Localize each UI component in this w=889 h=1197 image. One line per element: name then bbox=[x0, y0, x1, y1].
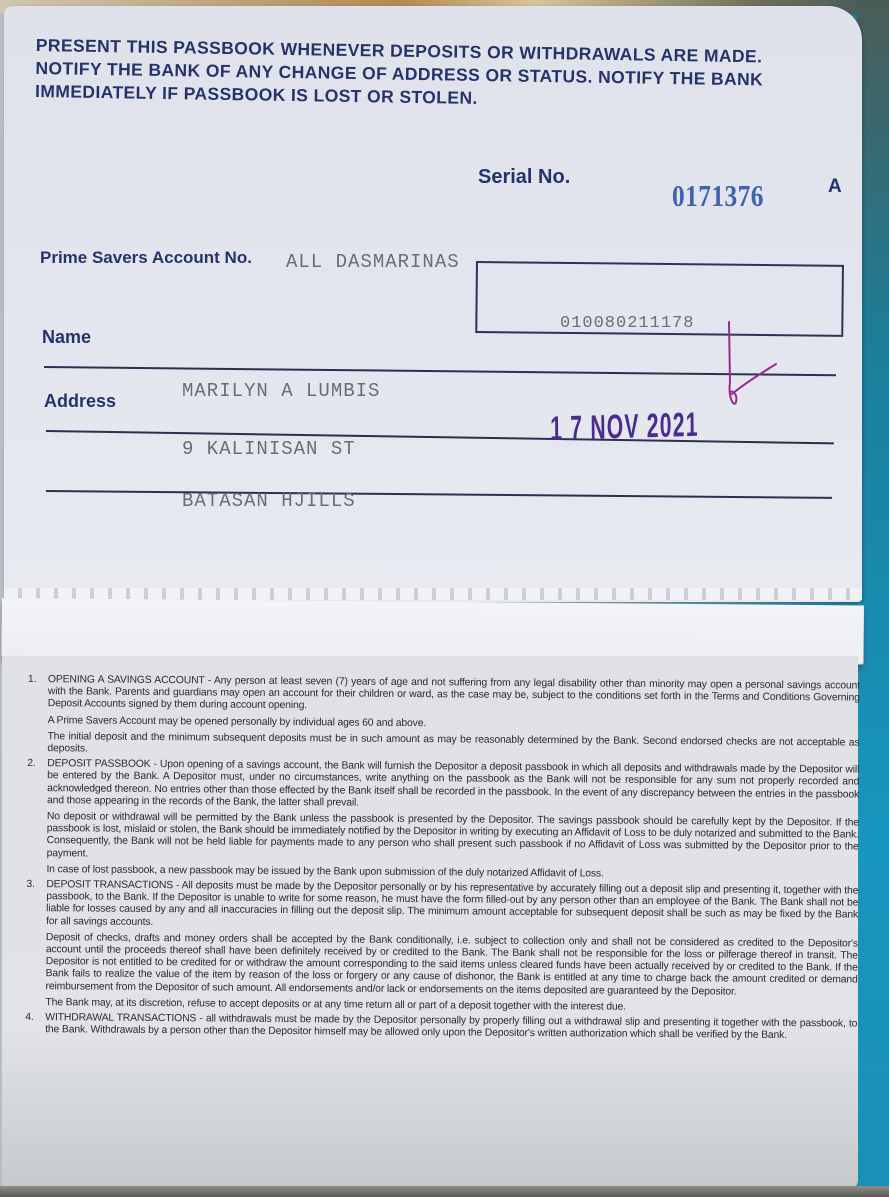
term-paragraph: OPENING A SAVINGS ACCOUNT - Any person a… bbox=[48, 674, 860, 717]
serial-number: 0171376 bbox=[672, 178, 764, 214]
folded-page-strip bbox=[1, 598, 863, 665]
name-label: Name bbox=[42, 327, 91, 348]
term-paragraph: No deposit or withdrawal will be permitt… bbox=[47, 811, 859, 866]
initials-signature-icon bbox=[720, 320, 780, 420]
address-line-1: 9 KALINISAN ST bbox=[182, 438, 356, 460]
term-paragraph: DEPOSIT PASSBOOK - Upon opening of a sav… bbox=[47, 758, 859, 813]
term-paragraph: Deposit of checks, drafts and money orde… bbox=[45, 932, 857, 999]
notice-text: PRESENT THIS PASSBOOK WHENEVER DEPOSITS … bbox=[35, 34, 856, 116]
terms-and-conditions: 1. OPENING A SAVINGS ACCOUNT - Any perso… bbox=[25, 674, 860, 1046]
term-paragraph: The initial deposit and the minimum subs… bbox=[47, 731, 859, 762]
background-bottom bbox=[0, 1186, 889, 1197]
term-item: 2. DEPOSIT PASSBOOK - Upon opening of a … bbox=[26, 758, 859, 882]
term-number: 1. bbox=[27, 674, 48, 755]
date-stamp: 1 7 NOV 2021 bbox=[550, 406, 699, 449]
term-item: 1. OPENING A SAVINGS ACCOUNT - Any perso… bbox=[27, 674, 860, 762]
address-line-2: BATASAN HJILLS bbox=[182, 490, 356, 512]
branch-printed: ALL DASMARINAS bbox=[286, 251, 460, 273]
name-value: MARILYN A LUMBIS bbox=[182, 380, 380, 402]
term-item: 3. DEPOSIT TRANSACTIONS - All deposits m… bbox=[25, 879, 858, 1016]
term-paragraph: DEPOSIT TRANSACTIONS - All deposits must… bbox=[46, 879, 858, 934]
term-number: 3. bbox=[25, 879, 46, 1009]
account-label: Prime Savers Account No. bbox=[40, 248, 252, 268]
term-paragraph: A Prime Savers Account may be opened per… bbox=[48, 715, 860, 734]
term-number: 4. bbox=[25, 1012, 45, 1037]
term-paragraph: WITHDRAWAL TRANSACTIONS - all withdrawal… bbox=[45, 1012, 857, 1043]
serial-suffix: A bbox=[828, 176, 842, 198]
serial-label: Serial No. bbox=[478, 166, 570, 189]
address-label: Address bbox=[44, 391, 116, 412]
term-item: 4. WITHDRAWAL TRANSACTIONS - all withdra… bbox=[25, 1012, 857, 1043]
account-number-printed: 010080211178 bbox=[560, 314, 694, 333]
term-number: 2. bbox=[26, 758, 47, 876]
